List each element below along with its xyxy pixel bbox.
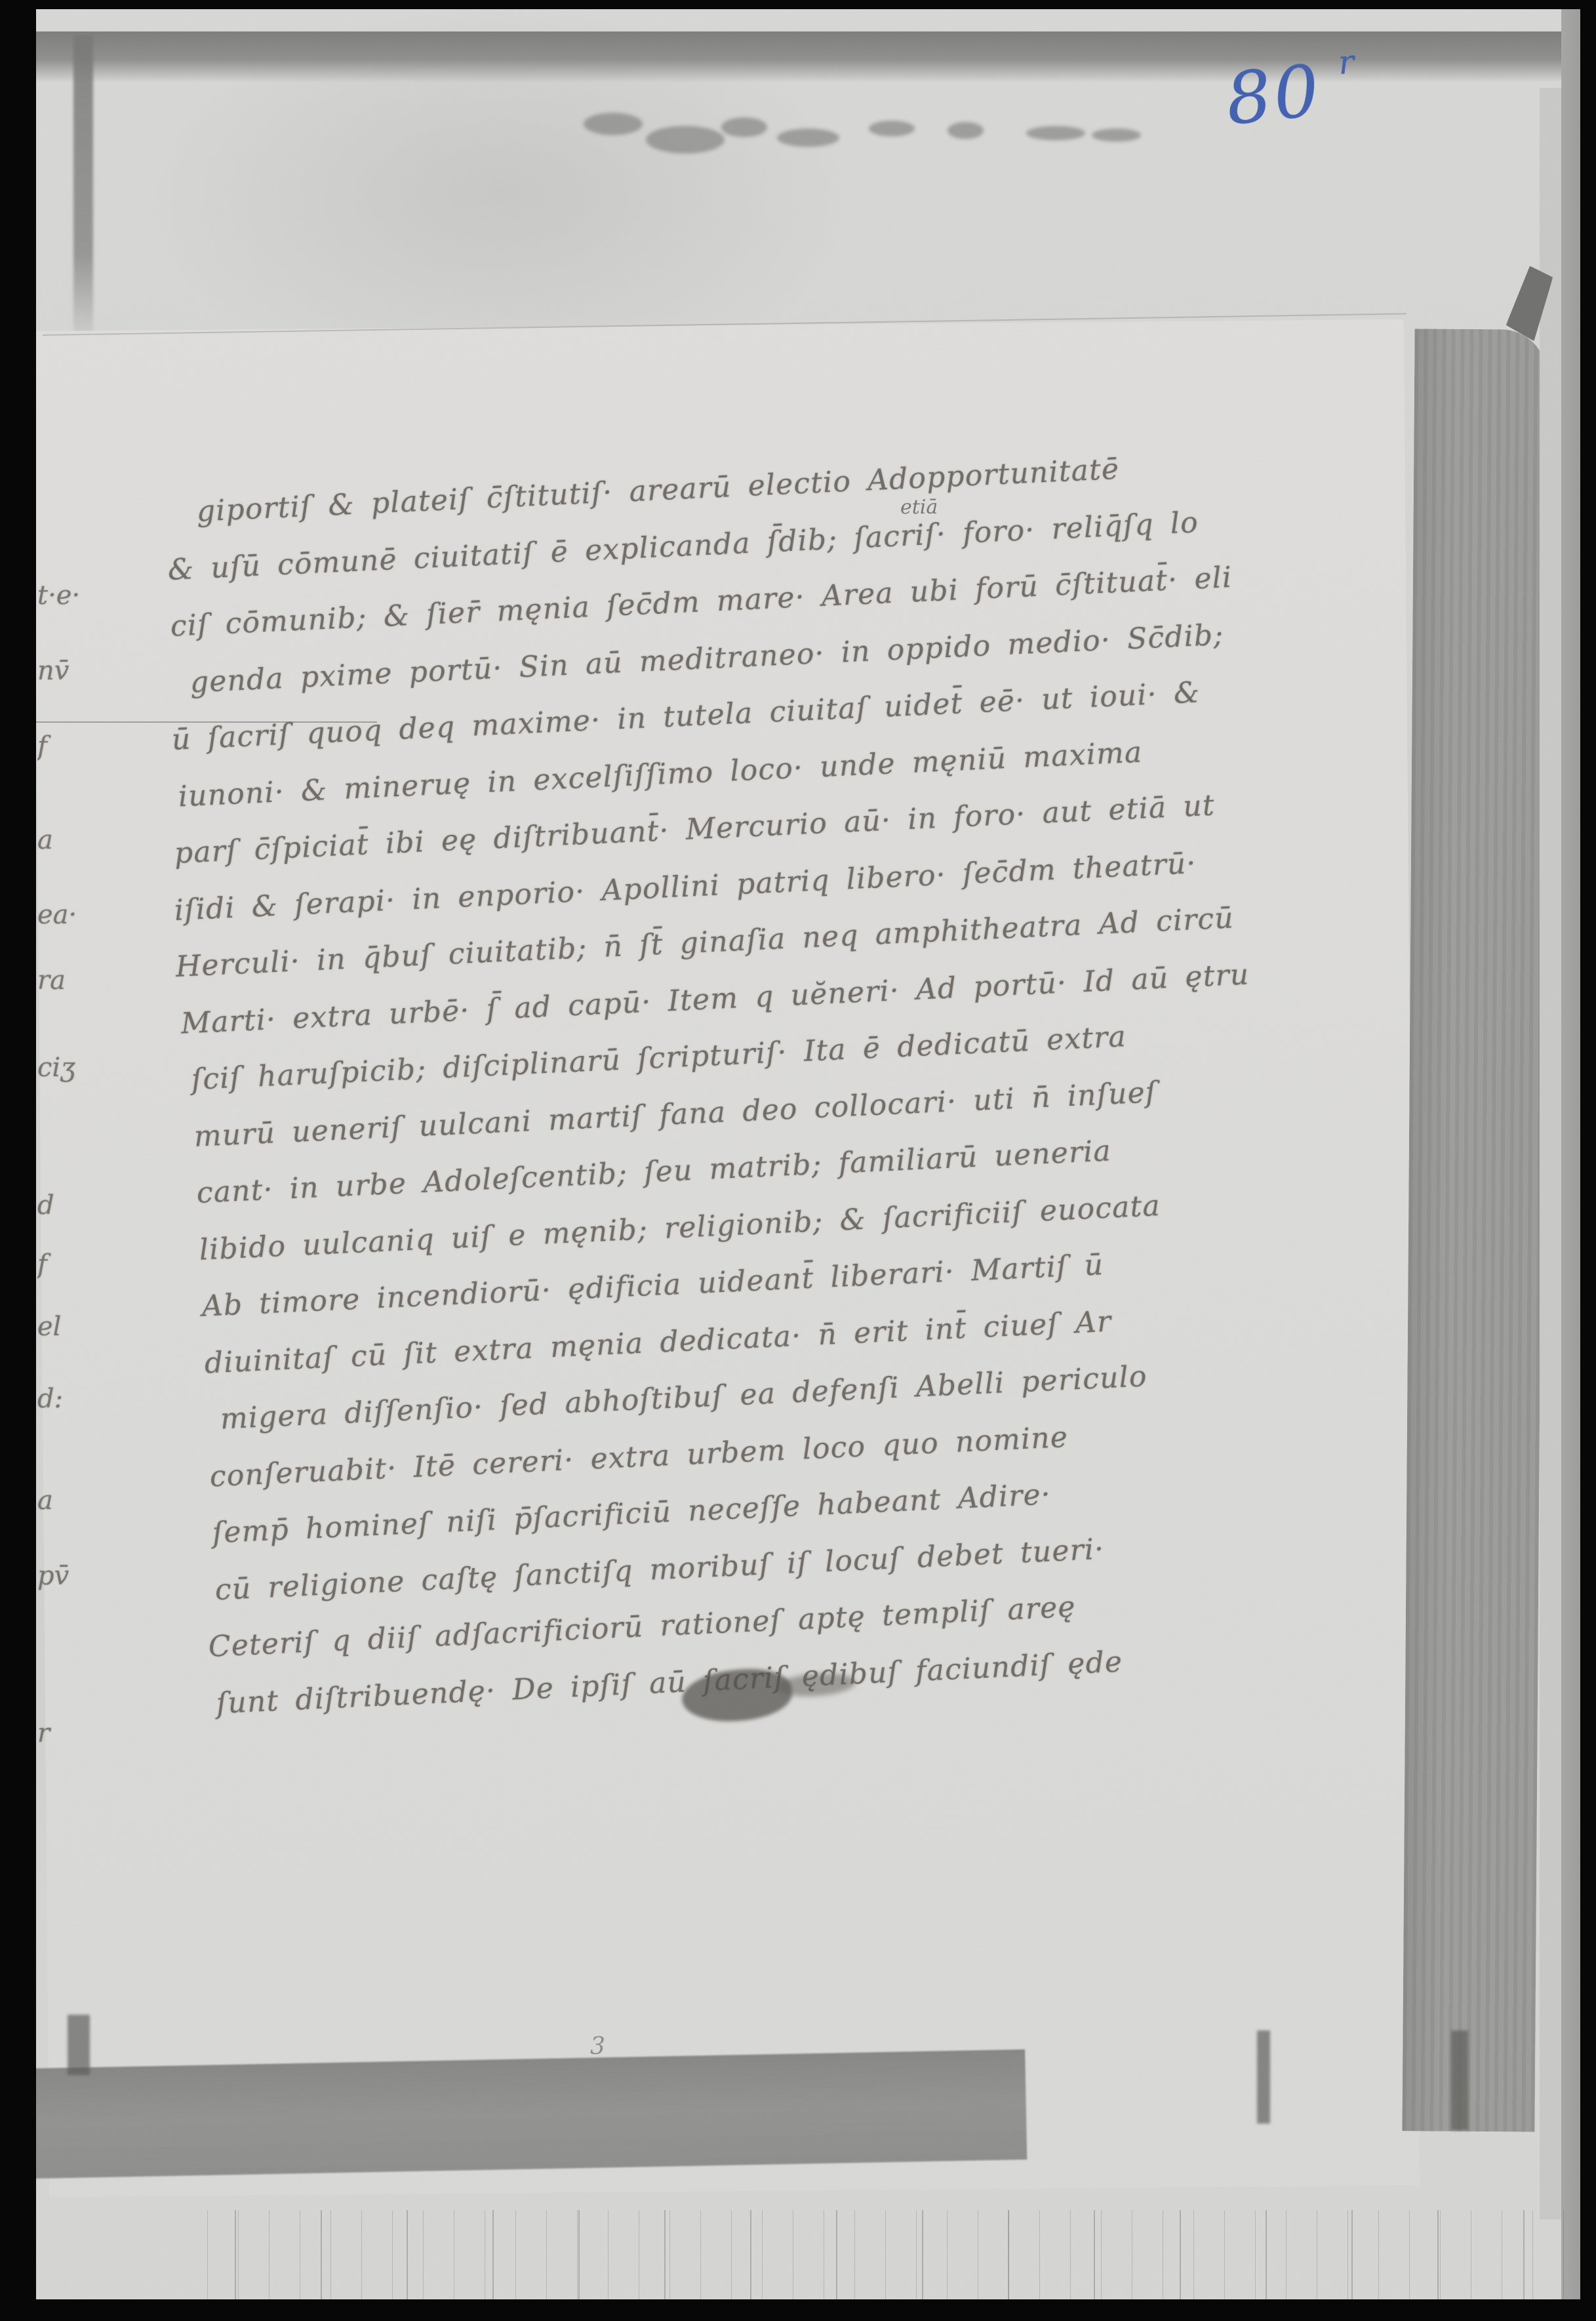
margin-fragment: f — [37, 1249, 87, 1280]
smudge-blob — [869, 121, 915, 136]
smudge-blob — [584, 113, 643, 135]
margin-fragment: el — [37, 1312, 87, 1342]
margin-fragment: d: — [37, 1384, 87, 1414]
supralinear-note: etiā — [900, 496, 938, 519]
corner-shadow — [1257, 2030, 1270, 2124]
margin-fragment: d — [37, 1190, 87, 1221]
smudge-blob — [1026, 126, 1085, 140]
margin-fragments: t·e·nv̄faea·raciʒdfeld:apv̄r — [36, 9, 89, 2299]
smudge-blob — [721, 117, 767, 137]
margin-fragment: f — [37, 731, 87, 761]
film-scratches — [193, 2210, 1570, 2299]
outer-edge-strip — [1561, 9, 1580, 2299]
manuscript-scan: 80r giportiſ & plateiſ c̄ſtitutiſ· arear… — [0, 0, 1596, 2321]
text-block: giportiſ & plateiſ c̄ſtitutiſ· arearū el… — [164, 438, 1243, 1732]
margin-fragment: a — [37, 825, 87, 855]
margin-fragment: t·e· — [37, 580, 87, 611]
corner-shadow — [1451, 2030, 1468, 2130]
bottom-mark: 3 — [590, 2033, 605, 2060]
fore-edge-band — [1402, 329, 1547, 2131]
folio-number-value: 80 — [1222, 50, 1326, 142]
scan-background: 80r giportiſ & plateiſ c̄ſtitutiſ· arear… — [36, 9, 1580, 2299]
smudge-blob — [948, 122, 984, 139]
margin-fragment: pv̄ — [37, 1561, 87, 1591]
smudge-blob — [777, 129, 839, 147]
bottom-shadow-band — [36, 2049, 1027, 2179]
margin-fragment: ea· — [37, 900, 87, 930]
margin-fragment: ciʒ — [37, 1053, 87, 1083]
margin-fragment: ra — [37, 965, 87, 996]
margin-fragment: nv̄ — [37, 656, 87, 686]
margin-fragment: r — [37, 1718, 87, 1748]
folio-side-letter: r — [1337, 43, 1355, 82]
fore-edge-light-strip — [1540, 88, 1562, 2219]
corner-shadow — [68, 2015, 90, 2075]
folio-number: 80r — [1226, 43, 1354, 136]
smudge-blob — [646, 126, 725, 153]
smudge-blob — [1092, 129, 1141, 142]
margin-fragment: a — [37, 1485, 87, 1516]
